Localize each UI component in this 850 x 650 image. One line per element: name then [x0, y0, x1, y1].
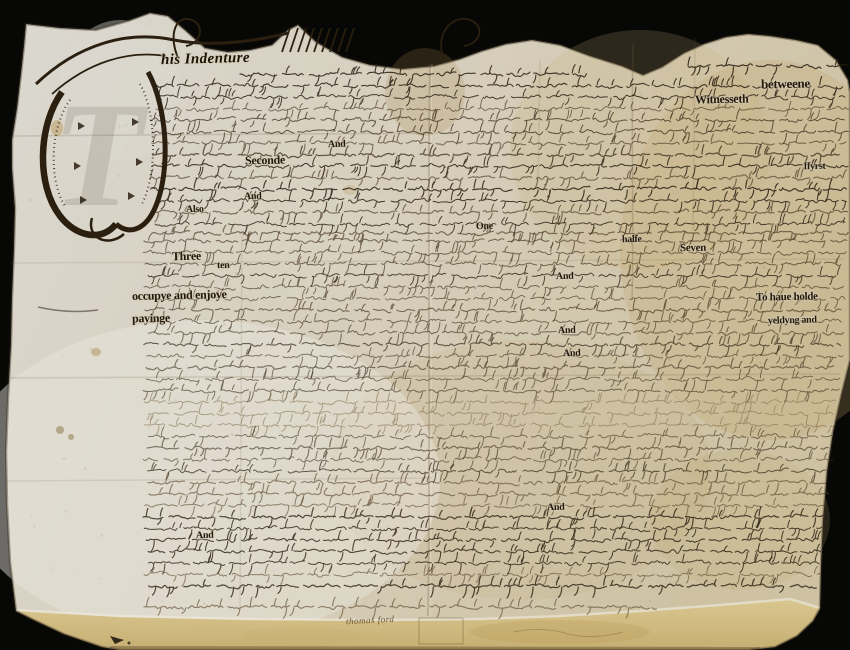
photo-backdrop: T his Indenture thomas ford betweeneWitn…	[0, 0, 850, 650]
parchment-document: T	[0, 0, 850, 650]
initial-letter: T	[52, 72, 149, 238]
